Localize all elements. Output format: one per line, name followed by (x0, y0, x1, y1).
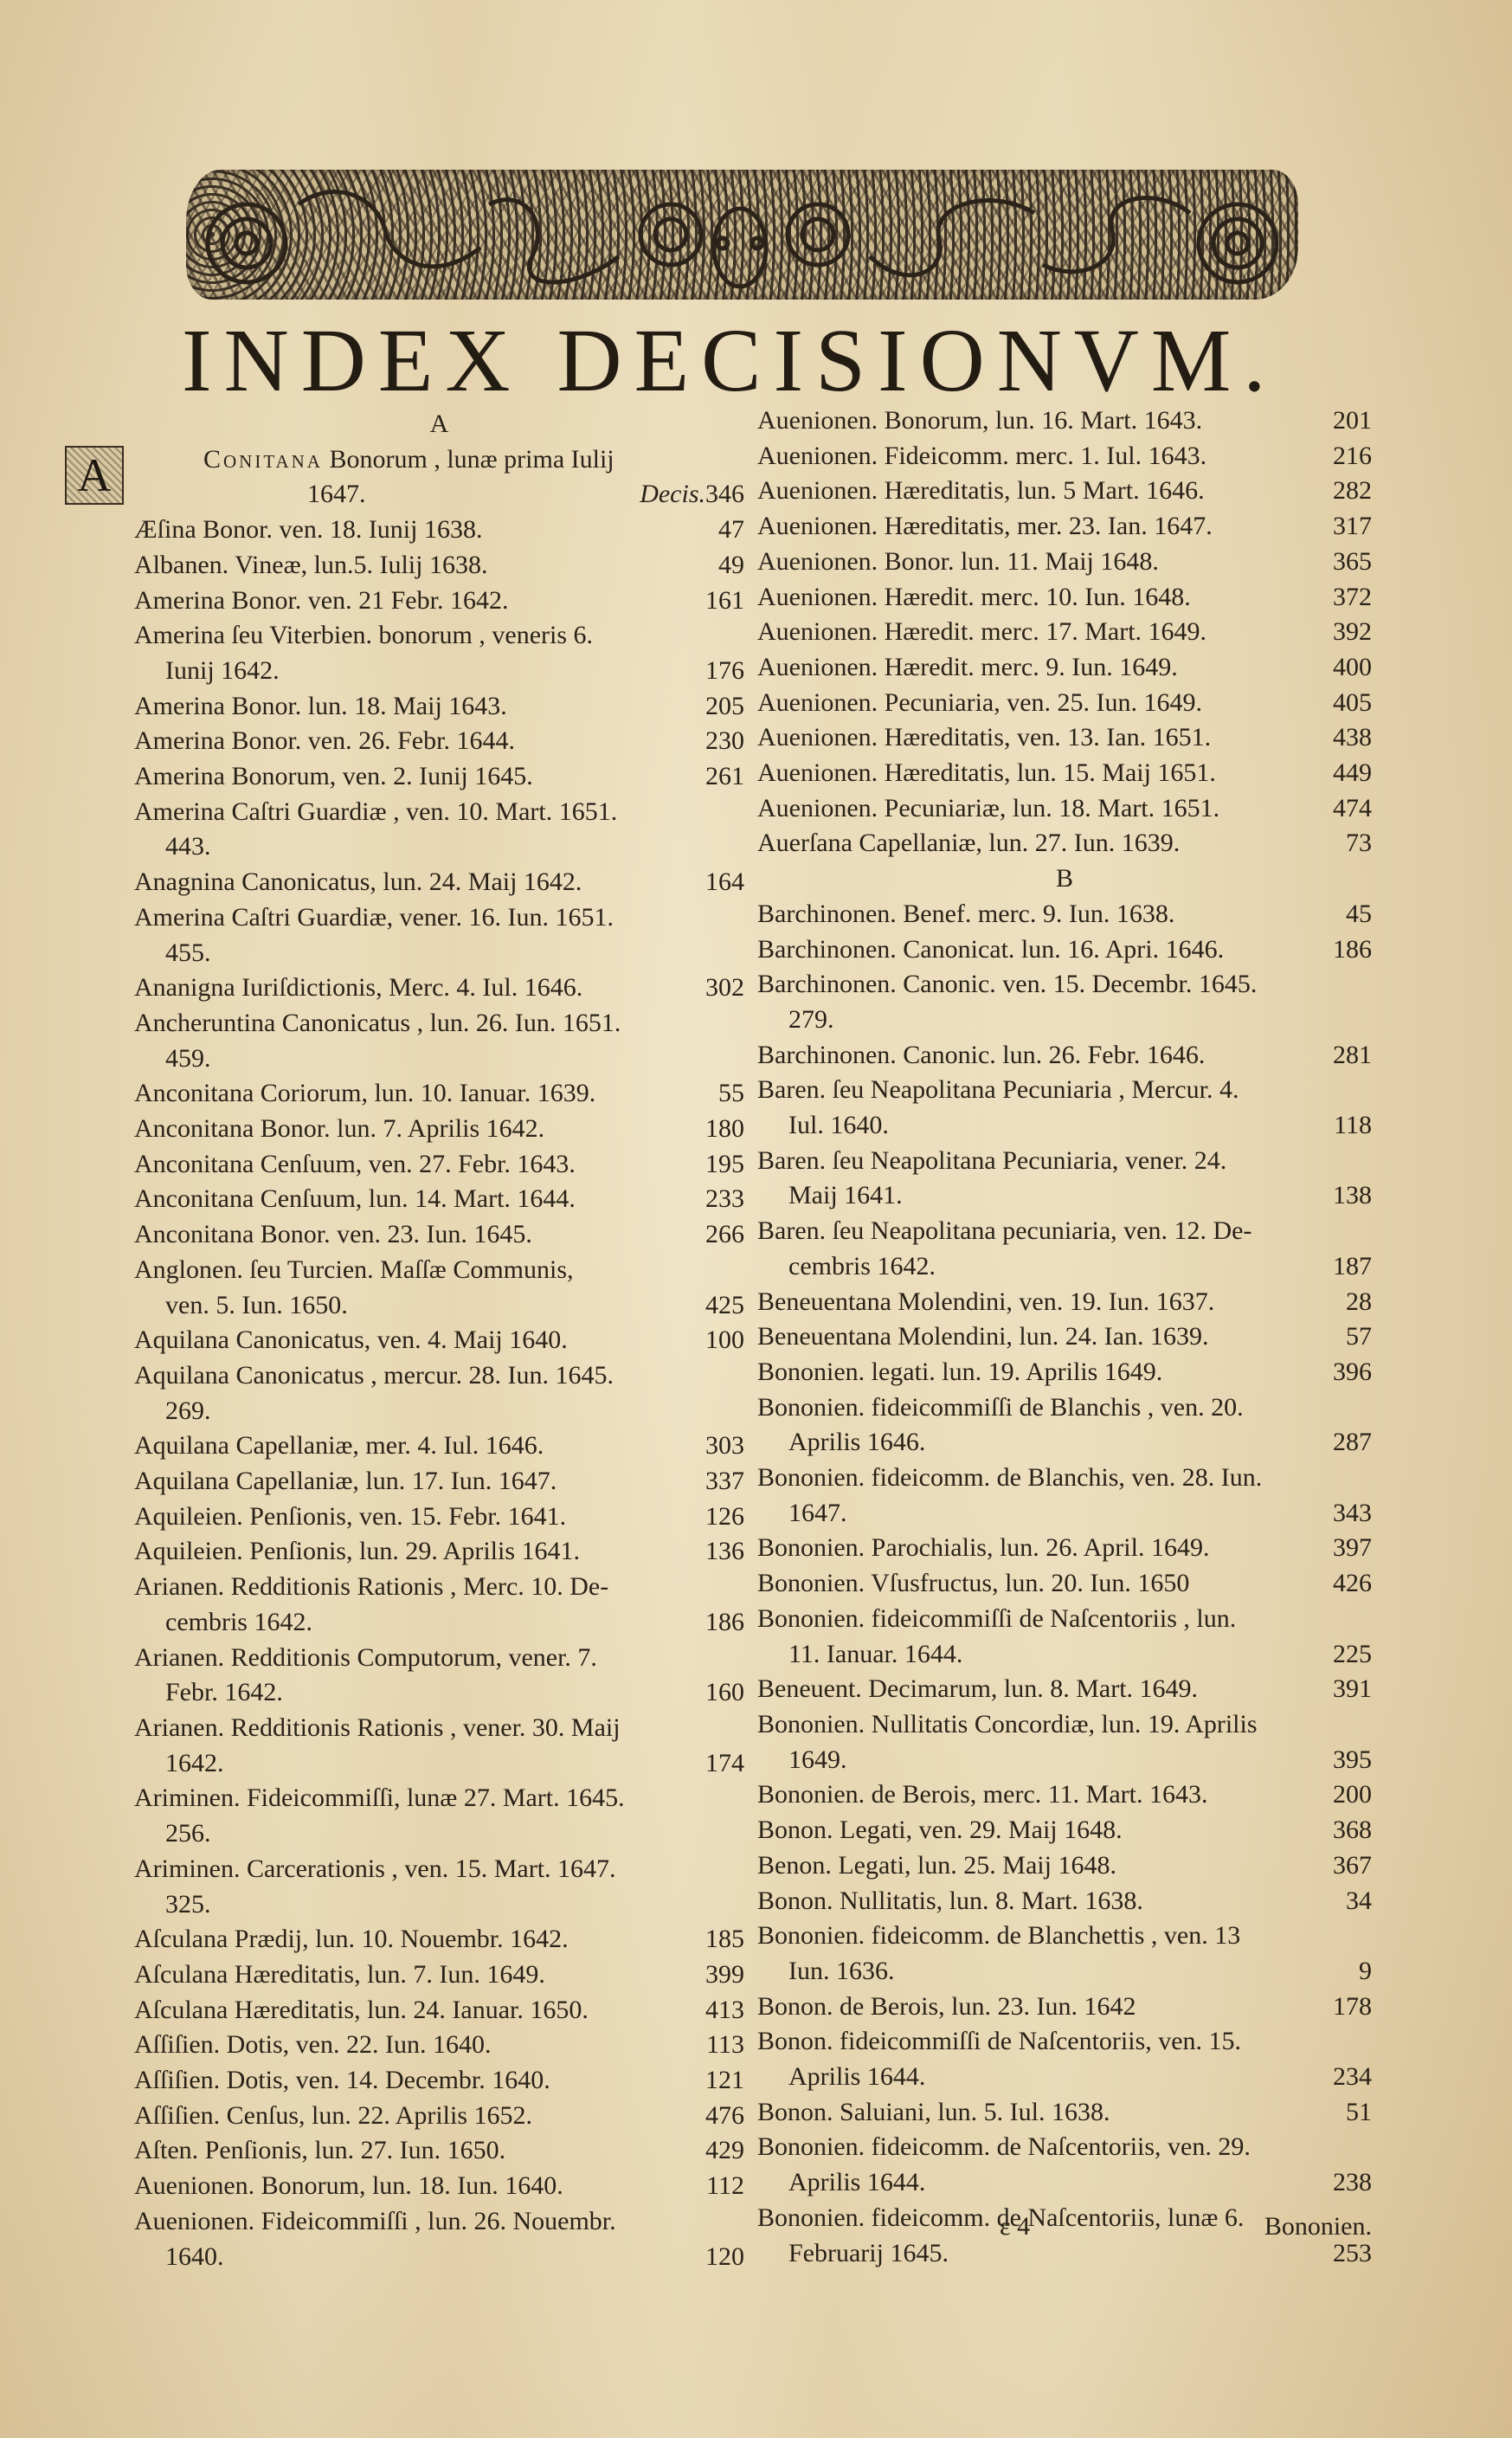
entry-text: Maij 1641. (788, 1178, 903, 1214)
entry-text: Auenionen. Bonorum, lun. 16. Mart. 1643. (757, 403, 1202, 439)
decorated-initial-icon: A (65, 446, 124, 505)
index-entry: Bononien. legati. lun. 19. Aprilis 1649.… (757, 1355, 1372, 1390)
decision-number: 126 (705, 1500, 744, 1535)
entry-text: Aprilis 1644. (788, 2165, 925, 2201)
decision-number: 51 (1337, 2095, 1372, 2131)
entry-text: Auenionen. Fideicommiſſi , lun. 26. Noue… (134, 2204, 616, 2240)
index-entry: Aquileien. Penſionis, lun. 29. Aprilis 1… (134, 1534, 744, 1570)
index-entry: Bononien. fideicommiſſi de Blanchis , ve… (757, 1390, 1372, 1461)
index-entry: Ariminen. Fideicommiſſi, lunæ 27. Mart. … (134, 1781, 744, 1851)
entry-text: Amerina Bonor. ven. 26. Febr. 1644. (134, 724, 515, 759)
decision-number: 282 (1333, 474, 1372, 509)
decision-number: 438 (1333, 720, 1372, 756)
signature-mark: ε 4 (1000, 2212, 1030, 2241)
decision-number: 429 (705, 2133, 744, 2169)
index-entry: Amerina Bonor. lun. 18. Maij 1643.205 (134, 689, 744, 725)
index-entry: Bononien. fideicomm. de Blanchettis , ve… (757, 1919, 1372, 1989)
entry-text: Auenionen. Bonor. lun. 11. Maij 1648. (757, 545, 1159, 580)
index-entry: Barchinonen. Benef. merc. 9. Iun. 1638.4… (757, 897, 1372, 932)
entry-text: Aſculana Prædij, lun. 10. Nouembr. 1642. (134, 1922, 569, 1957)
decision-number: 195 (705, 1147, 744, 1183)
decision-number (710, 1887, 744, 1923)
index-entry: Auenionen. Hæreditatis, mer. 23. Ian. 16… (757, 509, 1372, 545)
entry-text: Auenionen. Pecuniaria, ven. 25. Iun. 164… (757, 686, 1202, 721)
decision-number: 185 (705, 1922, 744, 1957)
decision-number: 200 (1333, 1777, 1372, 1813)
index-entry: Baren. ſeu Neapolitana Pecuniaria, vener… (757, 1144, 1372, 1214)
entry-text: Ariminen. Fideicommiſſi, lunæ 27. Mart. … (134, 1781, 625, 1816)
decision-number: 9 (1337, 1954, 1372, 1990)
index-entry: Barchinonen. Canonic. lun. 26. Febr. 164… (757, 1038, 1372, 1074)
entry-text: Auenionen. Hæreditatis, lun. 15. Maij 16… (757, 756, 1216, 791)
index-entry: Baren. ſeu Neapolitana Pecuniaria , Merc… (757, 1073, 1372, 1143)
decision-number: 113 (706, 2028, 744, 2063)
decision-number: 476 (705, 2099, 744, 2134)
entry-text: Iun. 1636. (788, 1954, 895, 1990)
index-entry: Barchinonen. Canonicat. lun. 16. Apri. 1… (757, 932, 1372, 968)
decision-number: 261 (705, 759, 744, 795)
decision-number: 73 (1337, 826, 1372, 861)
index-entry: Albanen. Vineæ, lun.5. Iulij 1638.49 (134, 548, 744, 584)
index-entry: Anconitana Coriorum, lun. 10. Ianuar. 16… (134, 1076, 744, 1112)
index-entry: Bononien. Vſusfructus, lun. 20. Iun. 165… (757, 1566, 1372, 1602)
index-entry: Aquileien. Penſionis, ven. 15. Febr. 164… (134, 1500, 744, 1535)
decision-number: 112 (706, 2169, 744, 2204)
decision-number: 287 (1333, 1425, 1372, 1461)
entry-text: Baren. ſeu Neapolitana Pecuniaria , Merc… (757, 1073, 1239, 1108)
entry-text: Beneuentana Molendini, lun. 24. Ian. 163… (757, 1319, 1209, 1355)
entry-text: Auenionen. Hæreditatis, ven. 13. Ian. 16… (757, 720, 1211, 756)
index-entry: Aquilana Canonicatus , mercur. 28. Iun. … (134, 1358, 744, 1429)
decision-label: Decis. (640, 480, 705, 508)
index-entry: Arianen. Redditionis Rationis , vener. 3… (134, 1711, 744, 1781)
entry-text: Bononien. legati. lun. 19. Aprilis 1649. (757, 1355, 1162, 1390)
decision-number: 233 (705, 1182, 744, 1217)
decision-number (1337, 1003, 1372, 1038)
entry-text: Aſſiſien. Dotis, ven. 14. Decembr. 1640. (134, 2063, 550, 2099)
entry-text: Aquilana Capellaniæ, mer. 4. Iul. 1646. (134, 1429, 544, 1464)
decision-number: 138 (1333, 1178, 1372, 1214)
entry-text: Auenionen. Hæreditatis, lun. 5 Mart. 164… (757, 474, 1205, 509)
entry-text: Aquileien. Penſionis, lun. 29. Aprilis 1… (134, 1534, 580, 1570)
decision-number: 426 (1333, 1566, 1372, 1602)
entry-text: 256. (165, 1816, 211, 1852)
index-entry: Amerina Bonor. ven. 21 Febr. 1642.161 (134, 584, 744, 619)
entry-text: Auenionen. Hæredit. merc. 10. Iun. 1648. (757, 580, 1191, 616)
index-entry: Auenionen. Hæredit. merc. 9. Iun. 1649.4… (757, 650, 1372, 686)
entry-text: Auenionen. Bonorum, lun. 18. Iun. 1640. (134, 2169, 563, 2204)
decision-number: 121 (705, 2063, 744, 2099)
index-entry: Beneuentana Molendini, ven. 19. Iun. 163… (757, 1285, 1372, 1320)
entry-text: 325. (165, 1887, 211, 1923)
decision-number: 201 (1333, 403, 1372, 439)
page-title: INDEX DECISIONVM. (182, 313, 1307, 409)
decision-number: 368 (1333, 1813, 1372, 1848)
index-entry: Aquilana Capellaniæ, mer. 4. Iul. 1646.3… (134, 1429, 744, 1464)
index-entry: Auenionen. Bonorum, lun. 18. Iun. 1640.1… (134, 2169, 744, 2204)
decision-number: 187 (1333, 1249, 1372, 1285)
entry-text: Auenionen. Hæreditatis, mer. 23. Ian. 16… (757, 509, 1213, 545)
entry-text: Aſculana Hæreditatis, lun. 24. Ianuar. 1… (134, 1993, 589, 2028)
entry-text: 443. (165, 829, 211, 865)
entry-text: Anglonen. ſeu Turcien. Maſſæ Communis, (134, 1253, 574, 1288)
index-entry: Auenionen. Pecuniariæ, lun. 18. Mart. 16… (757, 791, 1372, 827)
woodcut-headpiece-icon (186, 170, 1298, 300)
entry-text: Æſina Bonor. ven. 18. Iunij 1638. (134, 513, 482, 548)
index-column-left: A A Conitana Bonorum , lunæ prima Iulij … (134, 407, 744, 2274)
index-entry: Aſſiſien. Dotis, ven. 14. Decembr. 1640.… (134, 2063, 744, 2099)
entry-text: Aſten. Penſionis, lun. 27. Iun. 1650. (134, 2133, 505, 2169)
entry-text: Aſſiſien. Cenſus, lun. 22. Aprilis 1652. (134, 2099, 532, 2134)
decision-number: 28 (1337, 1285, 1372, 1320)
entry-text: Bononien. fideicomm. de Blanchis, ven. 2… (757, 1461, 1262, 1496)
entry-text: Anconitana Cenſuum, lun. 14. Mart. 1644. (134, 1182, 576, 1217)
entry-text: 1647. (788, 1496, 847, 1532)
decision-number: 176 (705, 654, 744, 689)
index-entry: Amerina Bonor. ven. 26. Febr. 1644.230 (134, 724, 744, 759)
decision-number: 180 (705, 1112, 744, 1147)
decision-number: 372 (1333, 580, 1372, 616)
index-entry: Auenionen. Fideicommiſſi , lun. 26. Noue… (134, 2204, 744, 2274)
decision-number: 178 (1333, 1990, 1372, 2025)
entry-text: Bononien. de Berois, merc. 11. Mart. 164… (757, 1777, 1207, 1813)
index-entry: Aſſiſien. Dotis, ven. 22. Iun. 1640.113 (134, 2028, 744, 2063)
decision-number: 396 (1333, 1355, 1372, 1390)
decision-number (710, 829, 744, 865)
entry-text: Beneuent. Decimarum, lun. 8. Mart. 1649. (757, 1672, 1198, 1707)
entry-text: Amerina Bonor. ven. 21 Febr. 1642. (134, 584, 508, 619)
right-entry-list-a: Auenionen. Bonorum, lun. 16. Mart. 1643.… (757, 403, 1372, 861)
entry-text: Auenionen. Hæredit. merc. 9. Iun. 1649. (757, 650, 1178, 686)
entry-text: Albanen. Vineæ, lun.5. Iulij 1638. (134, 548, 487, 584)
entry-text: Bonon. fideicommiſſi de Naſcentoriis, ve… (757, 2024, 1241, 2060)
index-entry: Beneuent. Decimarum, lun. 8. Mart. 1649.… (757, 1672, 1372, 1707)
decision-number: 400 (1333, 650, 1372, 686)
index-entry: Arianen. Redditionis Rationis , Merc. 10… (134, 1570, 744, 1640)
entry-text: 279. (788, 1003, 834, 1038)
entry-text: Aquilana Capellaniæ, lun. 17. Iun. 1647. (134, 1464, 557, 1500)
entry-text: Barchinonen. Benef. merc. 9. Iun. 1638. (757, 897, 1174, 932)
entry-text: Aquilana Canonicatus , mercur. 28. Iun. … (134, 1358, 614, 1394)
entry-text: Aprilis 1644. (788, 2060, 925, 2095)
decision-number: 266 (705, 1217, 744, 1253)
entry-text: Beneuentana Molendini, ven. 19. Iun. 163… (757, 1285, 1214, 1320)
entry-text: Amerina Caſtri Guardiæ, vener. 16. Iun. … (134, 900, 614, 936)
index-entry: Arianen. Redditionis Computorum, vener. … (134, 1641, 744, 1711)
index-entry: Beneuentana Molendini, lun. 24. Ian. 163… (757, 1319, 1372, 1355)
entry-text: Anconitana Bonor. lun. 7. Aprilis 1642. (134, 1112, 544, 1147)
index-entry: Amerina ſeu Viterbien. bonorum , veneris… (134, 618, 744, 688)
entry-text: Bononien. Nullitatis Concordiæ, lun. 19.… (757, 1707, 1258, 1743)
index-entry: Amerina Caſtri Guardiæ , ven. 10. Mart. … (134, 795, 744, 865)
entry-text: Amerina ſeu Viterbien. bonorum , veneris… (134, 618, 593, 654)
entry-text: Bononien. fideicomm. de Naſcentoriis, ve… (757, 2130, 1251, 2165)
index-entry: Æſina Bonor. ven. 18. Iunij 1638.47 (134, 513, 744, 548)
decision-number: 425 (705, 1288, 744, 1324)
entry-text: Aquileien. Penſionis, ven. 15. Febr. 164… (134, 1500, 566, 1535)
index-entry: Ariminen. Carcerationis , ven. 15. Mart.… (134, 1852, 744, 1922)
decision-number: 45 (1337, 897, 1372, 932)
index-entry: Auenionen. Pecuniaria, ven. 25. Iun. 164… (757, 686, 1372, 721)
decision-number: 367 (1333, 1848, 1372, 1884)
index-entry: Amerina Bonorum, ven. 2. Iunij 1645.261 (134, 759, 744, 795)
decision-number: 346 (705, 480, 744, 508)
index-entry: Auenionen. Hæreditatis, ven. 13. Ian. 16… (757, 720, 1372, 756)
entry-text: cembris 1642. (165, 1605, 312, 1641)
index-entry: Auenionen. Hæreditatis, lun. 15. Maij 16… (757, 756, 1372, 791)
entry-text: Ariminen. Carcerationis , ven. 15. Mart.… (134, 1852, 616, 1887)
index-entry: Anagnina Canonicatus, lun. 24. Maij 1642… (134, 865, 744, 900)
entry-text: Bononien. fideicommiſſi de Naſcentoriis … (757, 1602, 1236, 1637)
right-entry-list-b: Barchinonen. Benef. merc. 9. Iun. 1638.4… (757, 897, 1372, 2271)
entry-text: Bonon. Nullitatis, lun. 8. Mart. 1638. (757, 1884, 1143, 1919)
decision-number: 205 (705, 689, 744, 725)
entry-text: Auenionen. Pecuniariæ, lun. 18. Mart. 16… (757, 791, 1219, 827)
index-entry: Benon. Legati, lun. 25. Maij 1648.367 (757, 1848, 1372, 1884)
index-entry: Bononien. de Berois, merc. 11. Mart. 164… (757, 1777, 1372, 1813)
index-entry: Aquilana Capellaniæ, lun. 17. Iun. 1647.… (134, 1464, 744, 1500)
entry-text: 11. Ianuar. 1644. (788, 1637, 962, 1673)
decision-number: 337 (705, 1464, 744, 1500)
entry-text: Auenionen. Fideicomm. merc. 1. Iul. 1643… (757, 439, 1206, 474)
entry-text: Arianen. Redditionis Computorum, vener. … (134, 1641, 597, 1676)
decision-number: 164 (705, 865, 744, 900)
entry-text: Auenionen. Hæredit. merc. 17. Mart. 1649… (757, 615, 1206, 650)
entry-text: Iul. 1640. (788, 1108, 889, 1144)
decision-number: 34 (1337, 1884, 1372, 1919)
decision-number: 391 (1333, 1672, 1372, 1707)
decision-number: 216 (1333, 439, 1372, 474)
entry-text: Amerina Caſtri Guardiæ , ven. 10. Mart. … (134, 795, 617, 830)
index-entry: Aſten. Penſionis, lun. 27. Iun. 1650.429 (134, 2133, 744, 2169)
index-entry: Auenionen. Hæredit. merc. 17. Mart. 1649… (757, 615, 1372, 650)
page-footer: ε 4 Bononien. (1000, 2212, 1372, 2241)
decision-number: 365 (1333, 545, 1372, 580)
entry-text: Aquilana Canonicatus, ven. 4. Maij 1640. (134, 1323, 568, 1358)
decision-number: 120 (705, 2240, 744, 2275)
index-entry: Amerina Caſtri Guardiæ, vener. 16. Iun. … (134, 900, 744, 971)
entry-text: Ancheruntina Canonicatus , lun. 26. Iun.… (134, 1006, 621, 1042)
index-entry: Aſſiſien. Cenſus, lun. 22. Aprilis 1652.… (134, 2099, 744, 2134)
index-entry: Aſculana Prædij, lun. 10. Nouembr. 1642.… (134, 1922, 744, 1957)
index-entry: Bononien. fideicomm. de Blanchis, ven. 2… (757, 1461, 1372, 1531)
entry-text: Barchinonen. Canonic. lun. 26. Febr. 164… (757, 1038, 1205, 1074)
decision-number: 413 (705, 1993, 744, 2028)
entry-text: Benon. Legati, lun. 25. Maij 1648. (757, 1848, 1116, 1884)
index-entry: Auerſana Capellaniæ, lun. 27. Iun. 1639.… (757, 826, 1372, 861)
index-entry: Bononien. fideicommiſſi de Naſcentoriis … (757, 1602, 1372, 1672)
entry-text: Anconitana Coriorum, lun. 10. Ianuar. 16… (134, 1076, 595, 1112)
decision-number: 281 (1333, 1038, 1372, 1074)
entry-text: ven. 5. Iun. 1650. (165, 1288, 348, 1324)
decision-number: 234 (1333, 2060, 1372, 2095)
entry-text: Iunij 1642. (165, 654, 280, 689)
index-entry: Anglonen. ſeu Turcien. Maſſæ Communis,ve… (134, 1253, 744, 1323)
entry-text: Anconitana Bonor. ven. 23. Iun. 1645. (134, 1217, 532, 1253)
entry-text: 1640. (165, 2240, 224, 2275)
decision-number: 303 (705, 1429, 744, 1464)
entry-text: cembris 1642. (788, 1249, 936, 1285)
entry-text: Barchinonen. Canonic. ven. 15. Decembr. … (757, 967, 1257, 1003)
catchword: Bononien. (1264, 2212, 1372, 2241)
index-entry: Barchinonen. Canonic. ven. 15. Decembr. … (757, 967, 1372, 1037)
index-entry: Anconitana Cenſuum, lun. 14. Mart. 1644.… (134, 1182, 744, 1217)
entry-smallcaps: Conitana (203, 445, 323, 474)
index-entry: Ancheruntina Canonicatus , lun. 26. Iun.… (134, 1006, 744, 1076)
decision-number: 395 (1333, 1743, 1372, 1778)
decision-number: 174 (705, 1746, 744, 1782)
ornament-scrolls-icon (186, 170, 1298, 300)
section-letter-a: A (134, 407, 744, 442)
entry-text: Bononien. Vſusfructus, lun. 20. Iun. 165… (757, 1566, 1189, 1602)
decision-number: 343 (1333, 1496, 1372, 1532)
entry-text: Arianen. Redditionis Rationis , vener. 3… (134, 1711, 621, 1746)
left-entry-list: Æſina Bonor. ven. 18. Iunij 1638.47Alban… (134, 513, 744, 2274)
section-letter-b: B (757, 861, 1372, 897)
entry-text: 269. (165, 1394, 211, 1429)
index-entry: Anconitana Cenſuum, ven. 27. Febr. 1643.… (134, 1147, 744, 1183)
entry-cont: 1647. (307, 477, 366, 513)
entry-text: Aſculana Hæreditatis, lun. 7. Iun. 1649. (134, 1957, 545, 1993)
entry-text: 459. (165, 1042, 211, 1077)
decision-number: 474 (1333, 791, 1372, 827)
entry-text: Amerina Bonorum, ven. 2. Iunij 1645. (134, 759, 533, 795)
entry-text: 1642. (165, 1746, 224, 1782)
index-entry: Bononien. Nullitatis Concordiæ, lun. 19.… (757, 1707, 1372, 1777)
decision-number: 449 (1333, 756, 1372, 791)
decision-number: 302 (705, 971, 744, 1006)
index-entry: Bonon. Nullitatis, lun. 8. Mart. 1638.34 (757, 1884, 1372, 1919)
entry-text: Febr. 1642. (165, 1675, 283, 1711)
decision-number: 160 (705, 1675, 744, 1711)
entry-text: Aſſiſien. Dotis, ven. 22. Iun. 1640. (134, 2028, 491, 2063)
entry-text: Auerſana Capellaniæ, lun. 27. Iun. 1639. (757, 826, 1180, 861)
decision-number: 317 (1333, 509, 1372, 545)
entry-text: Bonorum , lunæ prima Iulij (323, 445, 614, 474)
index-entry: Aſculana Hæreditatis, lun. 7. Iun. 1649.… (134, 1957, 744, 1993)
decision-number: 392 (1333, 615, 1372, 650)
entry-text: 455. (165, 936, 211, 971)
entry-text: Baren. ſeu Neapolitana Pecuniaria, vener… (757, 1144, 1226, 1179)
entry-text: Ananigna Iuriſdictionis, Merc. 4. Iul. 1… (134, 971, 582, 1006)
entry-text: Bononien. Parochialis, lun. 26. April. 1… (757, 1531, 1209, 1566)
index-entry: Auenionen. Fideicomm. merc. 1. Iul. 1643… (757, 439, 1372, 474)
entry-text: Baren. ſeu Neapolitana pecuniaria, ven. … (757, 1214, 1251, 1249)
decision-number: 55 (710, 1076, 744, 1112)
entry-text: Aprilis 1646. (788, 1425, 925, 1461)
index-entry: Auenionen. Hæredit. merc. 10. Iun. 1648.… (757, 580, 1372, 616)
decision-number: 397 (1333, 1531, 1372, 1566)
decision-number: 49 (710, 548, 744, 584)
index-entry: Auenionen. Bonorum, lun. 16. Mart. 1643.… (757, 403, 1372, 439)
decision-number: 57 (1337, 1319, 1372, 1355)
index-entry: Bonon. Saluiani, lun. 5. Iul. 1638.51 (757, 2095, 1372, 2131)
entry-text: Amerina Bonor. lun. 18. Maij 1643. (134, 689, 507, 725)
index-entry: Aſculana Hæreditatis, lun. 24. Ianuar. 1… (134, 1993, 744, 2028)
decision-number: 230 (705, 724, 744, 759)
index-entry: Auenionen. Hæreditatis, lun. 5 Mart. 164… (757, 474, 1372, 509)
entry-text: Bononien. fideicomm. de Blanchettis , ve… (757, 1919, 1240, 1954)
entry-text: Anconitana Cenſuum, ven. 27. Febr. 1643. (134, 1147, 576, 1183)
index-entry: Bonon. Legati, ven. 29. Maij 1648.368 (757, 1813, 1372, 1848)
decision-number: 161 (705, 584, 744, 619)
index-entry: Bonon. de Berois, lun. 23. Iun. 1642178 (757, 1990, 1372, 2025)
index-entry: Auenionen. Bonor. lun. 11. Maij 1648.365 (757, 545, 1372, 580)
decision-number (710, 1042, 744, 1077)
index-entry: Baren. ſeu Neapolitana pecuniaria, ven. … (757, 1214, 1372, 1284)
entry-text: Bonon. Legati, ven. 29. Maij 1648. (757, 1813, 1123, 1848)
entry-text: Arianen. Redditionis Rationis , Merc. 10… (134, 1570, 608, 1605)
decision-number: 238 (1333, 2165, 1372, 2201)
entry-text: Anagnina Canonicatus, lun. 24. Maij 1642… (134, 865, 582, 900)
entry-text: Bonon. Saluiani, lun. 5. Iul. 1638. (757, 2095, 1110, 2131)
index-entry: Anconitana Bonor. lun. 7. Aprilis 1642.1… (134, 1112, 744, 1147)
decision-number: 186 (705, 1605, 744, 1641)
decision-number (710, 1816, 744, 1852)
decision-number: 118 (1334, 1108, 1372, 1144)
index-column-right: Auenionen. Bonorum, lun. 16. Mart. 1643.… (757, 403, 1372, 2271)
decision-number: 47 (710, 513, 744, 548)
index-entry: Bononien. fideicomm. de Naſcentoriis, ve… (757, 2130, 1372, 2200)
index-entry: Aquilana Canonicatus, ven. 4. Maij 1640.… (134, 1323, 744, 1358)
index-entry-first: A Conitana Bonorum , lunæ prima Iulij 16… (134, 442, 744, 513)
entry-text: Februarij 1645. (788, 2236, 949, 2272)
entry-text: Barchinonen. Canonicat. lun. 16. Apri. 1… (757, 932, 1224, 968)
index-entry: Bonon. fideicommiſſi de Naſcentoriis, ve… (757, 2024, 1372, 2094)
decision-number: 399 (705, 1957, 744, 1993)
index-entry: Anconitana Bonor. ven. 23. Iun. 1645.266 (134, 1217, 744, 1253)
decision-number (710, 936, 744, 971)
entry-text: 1649. (788, 1743, 847, 1778)
decision-number (710, 1394, 744, 1429)
entry-text: Bononien. fideicommiſſi de Blanchis , ve… (757, 1390, 1244, 1426)
decision-number: 225 (1333, 1637, 1372, 1673)
decision-number: 186 (1333, 932, 1372, 968)
decision-number: 100 (705, 1323, 744, 1358)
entry-text: Bonon. de Berois, lun. 23. Iun. 1642 (757, 1990, 1136, 2025)
decision-number: 136 (705, 1534, 744, 1570)
index-entry: Bononien. Parochialis, lun. 26. April. 1… (757, 1531, 1372, 1566)
decision-number: 405 (1333, 686, 1372, 721)
index-entry: Ananigna Iuriſdictionis, Merc. 4. Iul. 1… (134, 971, 744, 1006)
